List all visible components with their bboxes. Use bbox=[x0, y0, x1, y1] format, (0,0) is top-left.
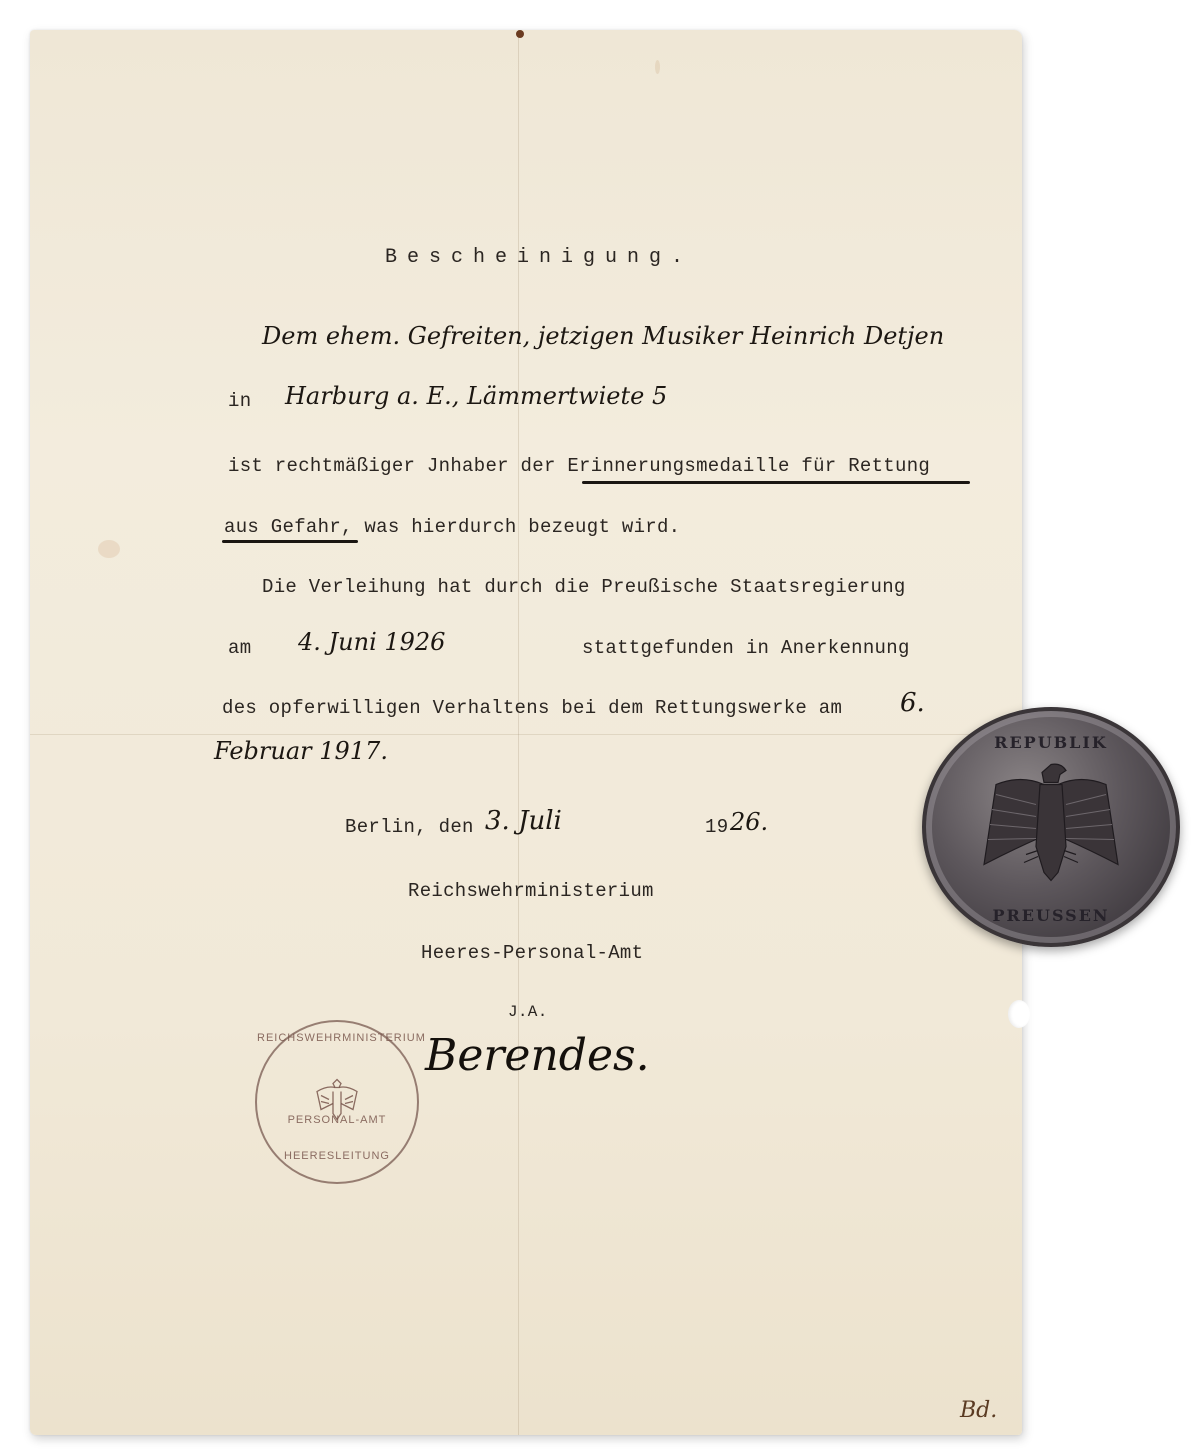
archive-initials: Bd. bbox=[960, 1398, 997, 1423]
stamp-bottom-text: HEERESLEITUNG bbox=[257, 1150, 417, 1162]
stamp-top-text: REICHSWEHRMINISTERIUM bbox=[257, 1032, 417, 1044]
issue-year-typed: 19 bbox=[705, 816, 728, 838]
medal-name-underline-2 bbox=[222, 540, 358, 543]
in-label: in bbox=[228, 390, 251, 412]
attestation-line: aus Gefahr, was hierdurch bezeugt wird. bbox=[224, 516, 680, 538]
paper-tear-notch bbox=[1008, 1000, 1030, 1028]
award-date: 4. Juni 1926 bbox=[298, 628, 445, 656]
rescue-line: des opferwilligen Verhaltens bei dem Ret… bbox=[222, 697, 842, 719]
rescue-date: Februar 1917. bbox=[214, 737, 388, 765]
holder-statement: ist rechtmäßiger Jnhaber der Erinnerungs… bbox=[228, 455, 930, 477]
stamp-middle-text: PERSONAL-AMT bbox=[257, 1114, 417, 1126]
ministry-name: Reichswehrministerium bbox=[408, 880, 654, 902]
award-authority-line: Die Verleihung hat durch die Preußische … bbox=[262, 576, 906, 598]
fold-line-horizontal bbox=[30, 734, 1022, 735]
medal-bottom-inscription: PREUSSEN bbox=[926, 906, 1176, 925]
medal-name-underline bbox=[582, 481, 970, 484]
rescue-medal: REPUBLIK PREUSSEN bbox=[922, 707, 1180, 947]
recognition-line: stattgefunden in Anerkennung bbox=[582, 637, 910, 659]
medal-top-inscription: REPUBLIK bbox=[926, 733, 1176, 752]
signature: Berendes. bbox=[425, 1030, 650, 1081]
eagle-icon bbox=[966, 755, 1136, 900]
paper-stain bbox=[655, 60, 660, 74]
recipient-address: Harburg a. E., Lämmertwiete 5 bbox=[285, 382, 667, 410]
certificate-paper bbox=[30, 30, 1022, 1435]
am-label: am bbox=[228, 637, 251, 659]
official-stamp: REICHSWEHRMINISTERIUM PERSONAL-AMT HEERE… bbox=[255, 1020, 419, 1184]
office-name: Heeres-Personal-Amt bbox=[421, 942, 643, 964]
paper-stain bbox=[516, 30, 524, 38]
rescue-day: 6. bbox=[900, 688, 925, 718]
recipient-line: Dem ehem. Gefreiten, jetzigen Musiker He… bbox=[262, 322, 944, 350]
issue-year-handwritten: 26. bbox=[730, 808, 768, 836]
document-title: Bescheinigung. bbox=[385, 246, 693, 269]
place-date-label: Berlin, den bbox=[345, 816, 474, 838]
paper-stain bbox=[98, 540, 120, 558]
issue-date: 3. Juli bbox=[485, 806, 562, 836]
ja-label: J.A. bbox=[508, 1003, 548, 1021]
fold-line-vertical bbox=[518, 30, 519, 1435]
